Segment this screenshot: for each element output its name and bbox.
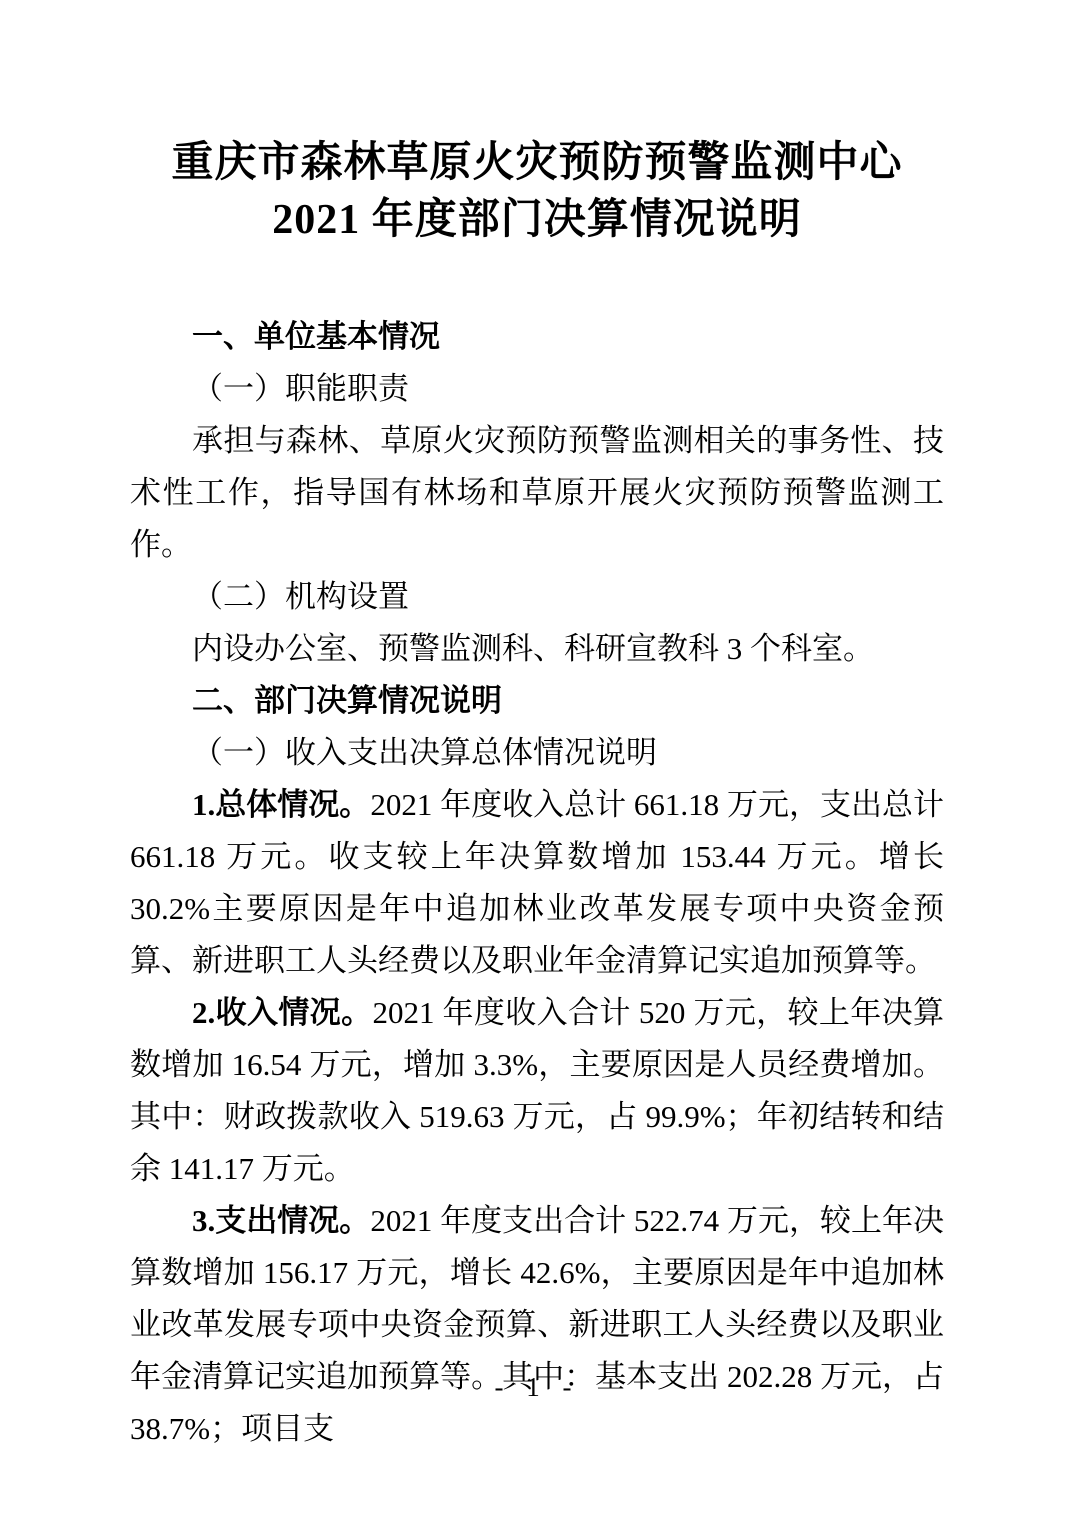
paragraph-expenditure-situation: 3.支出情况。2021 年度支出合计 522.74 万元，较上年决算数增加 15…	[130, 1195, 944, 1455]
paragraph-income-lead: 2.收入情况。	[192, 995, 372, 1030]
heading-budget-statement: 二、部门决算情况说明	[130, 675, 944, 727]
heading-unit-basic-info: 一、单位基本情况	[130, 311, 944, 363]
page-number: - 1 -	[0, 1372, 1074, 1403]
document-title-line1: 重庆市森林草原火灾预防预警监测中心	[130, 135, 944, 192]
paragraph-expenditure-text: 2021 年度支出合计 522.74 万元，较上年决算数增加 156.17 万元…	[130, 1203, 944, 1446]
paragraph-income-situation: 2.收入情况。2021 年度收入合计 520 万元，较上年决算数增加 16.54…	[130, 987, 944, 1195]
document-body: 一、单位基本情况 （一）职能职责 承担与森林、草原火灾预防预警监测相关的事务性、…	[130, 311, 944, 1455]
paragraph-overall-lead: 1.总体情况。	[192, 787, 370, 822]
paragraph-duties: 承担与森林、草原火灾预防预警监测相关的事务性、技术性工作，指导国有林场和草原开展…	[130, 415, 944, 571]
subheading-overview: （一）收入支出决算总体情况说明	[130, 727, 944, 779]
document-title: 重庆市森林草原火灾预防预警监测中心 2021 年度部门决算情况说明	[130, 135, 944, 249]
paragraph-overall-situation: 1.总体情况。2021 年度收入总计 661.18 万元，支出总计 661.18…	[130, 779, 944, 987]
paragraph-expenditure-lead: 3.支出情况。	[192, 1203, 370, 1238]
document-title-line2: 2021 年度部门决算情况说明	[130, 192, 944, 249]
paragraph-organization: 内设办公室、预警监测科、科研宣教科 3 个科室。	[130, 623, 944, 675]
subheading-organization: （二）机构设置	[130, 571, 944, 623]
subheading-duties: （一）职能职责	[130, 363, 944, 415]
document-page: 重庆市森林草原火灾预防预警监测中心 2021 年度部门决算情况说明 一、单位基本…	[0, 0, 1074, 1520]
